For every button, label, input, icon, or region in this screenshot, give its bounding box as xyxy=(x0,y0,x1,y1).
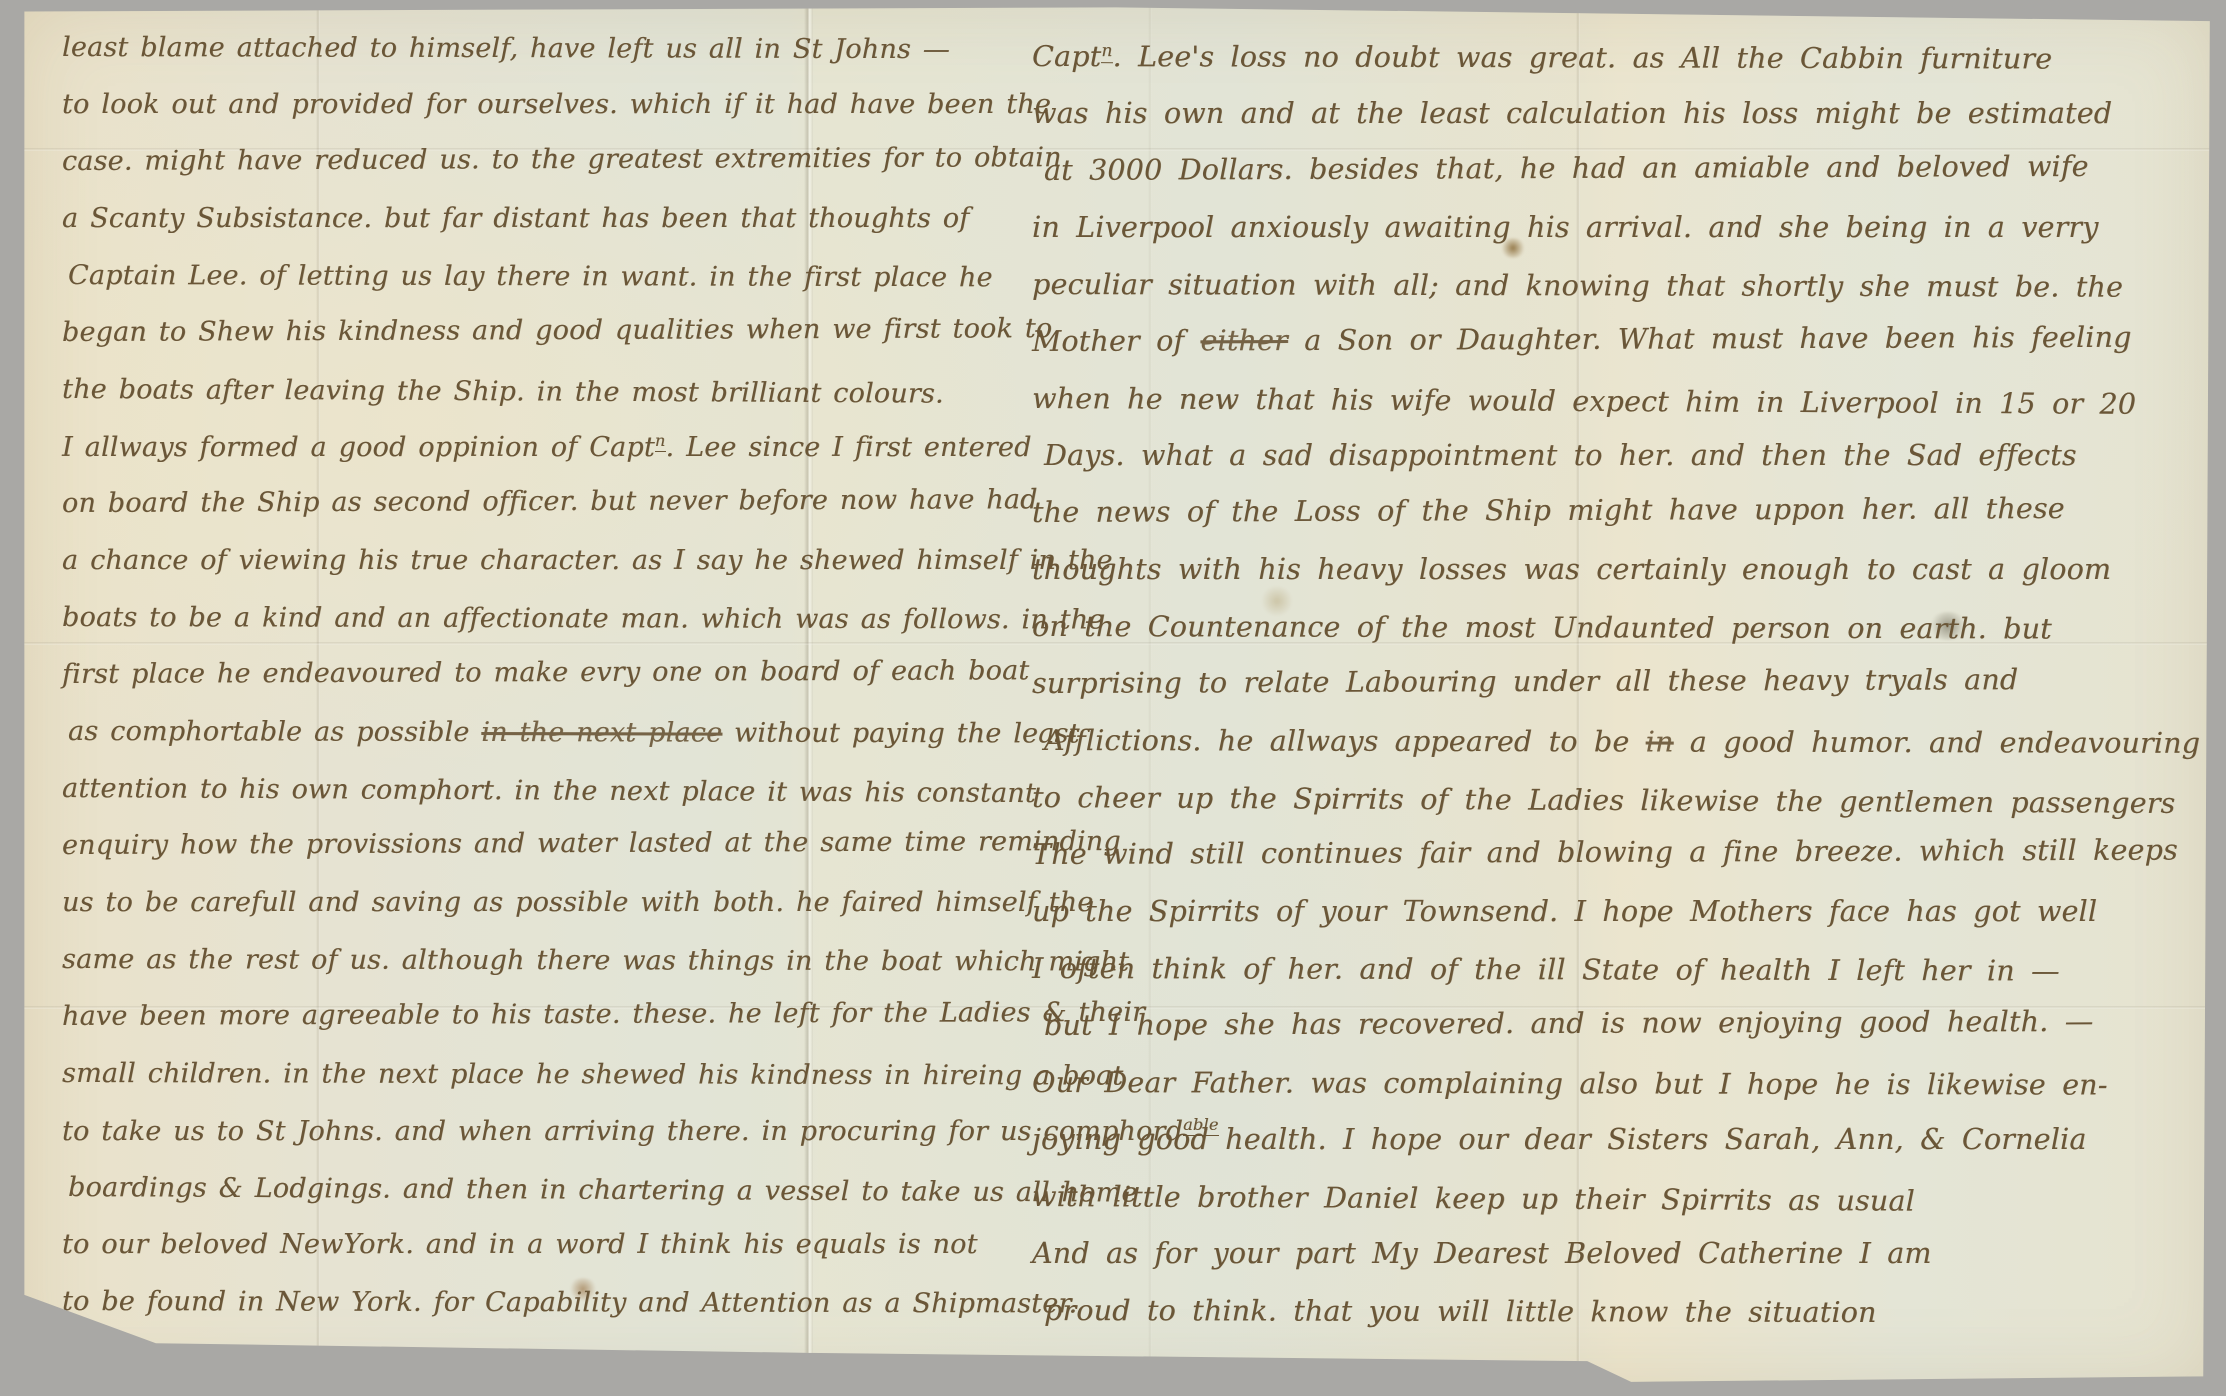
handwritten-text: small children. in the next place he she… xyxy=(62,1058,1123,1092)
letter-line: peculiar situation with all; and knowing… xyxy=(1032,268,2226,328)
handwritten-text: least blame attached to himself, have le… xyxy=(62,32,950,65)
handwritten-text: Mother of xyxy=(1032,324,1201,358)
handwritten-text: thoughts with his heavy losses was certa… xyxy=(1032,553,2111,586)
letter-line: to take us to St Johns. and when arrivin… xyxy=(62,1115,1024,1172)
handwritten-text: on the Countenance of the most Undaunted… xyxy=(1032,610,2052,645)
handwritten-text: I often think of her. and of the ill Sta… xyxy=(1032,952,2060,988)
handwritten-text: . Lee's loss no doubt was great. as All … xyxy=(1113,40,2053,75)
letter-line: was his own and at the least calculation… xyxy=(1032,97,2226,154)
letter-line: surprising to relate Labouring under all… xyxy=(1032,662,2226,724)
letter-line: least blame attached to himself, have le… xyxy=(62,32,1024,91)
letter-line: with little brother Daniel keep up their… xyxy=(1032,1180,2226,1243)
handwritten-text: in Liverpool anxiously awaiting his arri… xyxy=(1032,211,2099,244)
handwritten-text: first place he endeavoured to make evry … xyxy=(62,655,1030,690)
letter-line: a chance of viewing his true character. … xyxy=(62,545,1024,602)
handwritten-text: the boats after leaving the Ship. in the… xyxy=(62,374,944,410)
handwritten-text: proud to think. that you will little kno… xyxy=(1044,1294,1877,1329)
letter-line: Mother of either a Son or Daughter. What… xyxy=(1032,320,2226,382)
handwritten-text: to look out and provided for ourselves. … xyxy=(62,89,1051,120)
letter-line: on board the Ship as second officer. but… xyxy=(62,484,1024,545)
handwritten-text: boats to be a kind and an affectionate m… xyxy=(62,602,1105,636)
letter-line: case. might have reduced us. to the grea… xyxy=(62,142,1024,203)
letter-line: us to be carefull and saving as possible… xyxy=(62,887,1024,944)
handwritten-text: a Son or Daughter. What must have been h… xyxy=(1288,321,2132,357)
letter-line: began to Shew his kindness and good qual… xyxy=(62,313,1024,374)
letter-line: at 3000 Dollars. besides that, he had an… xyxy=(1032,149,2226,211)
handwritten-text: without paying the least xyxy=(722,718,1079,750)
handwritten-text: joying good health. I hope our dear Sist… xyxy=(1032,1123,2087,1156)
letter-line: proud to think. that you will little kno… xyxy=(1032,1294,2226,1354)
letter-line: joying good health. I hope our dear Sist… xyxy=(1032,1123,2226,1180)
letter-line: when he new that his wife would expect h… xyxy=(1032,382,2226,445)
handwritten-text: but I hope she has recovered. and is now… xyxy=(1044,1005,2094,1042)
letter-line: first place he endeavoured to make evry … xyxy=(62,655,1024,716)
letter-line: on the Countenance of the most Undaunted… xyxy=(1032,610,2226,670)
handwritten-text: have been more agreeable to his taste. t… xyxy=(62,997,1145,1032)
letter-line: Our Dear Father. was complaining also bu… xyxy=(1032,1066,2226,1126)
letter-line: but I hope she has recovered. and is now… xyxy=(1032,1004,2226,1066)
letter-page-right: Captn. Lee's loss no doubt was great. as… xyxy=(1032,40,2226,1351)
handwritten-text: to cheer up the Spirrits of the Ladies l… xyxy=(1032,781,2176,820)
handwritten-text: Days. what a sad disappointment to her. … xyxy=(1044,439,2077,472)
handwritten-text: to take us to St Johns. and when arrivin… xyxy=(62,1116,1183,1147)
letter-line: a Scanty Subsistance. but far distant ha… xyxy=(62,203,1024,260)
handwritten-text: And as for your part My Dearest Beloved … xyxy=(1032,1237,1932,1270)
handwritten-text: us to be carefull and saving as possible… xyxy=(62,887,1093,918)
letter-line: same as the rest of us. although there w… xyxy=(62,944,1024,1003)
handwritten-text: peculiar situation with all; and knowing… xyxy=(1032,268,2123,304)
handwritten-text: . Lee since I first entered xyxy=(666,432,1032,463)
handwritten-text: the news of the Loss of the Ship might h… xyxy=(1032,492,2065,529)
superscript-text: n xyxy=(1101,41,1112,63)
letter-sheet: least blame attached to himself, have le… xyxy=(20,6,2212,1386)
handwritten-text: a Scanty Subsistance. but far distant ha… xyxy=(62,203,969,234)
letter-line: have been more agreeable to his taste. t… xyxy=(62,997,1024,1058)
handwritten-text: as comphortable as possible xyxy=(68,716,481,748)
handwritten-text: Captain Lee. of letting us lay there in … xyxy=(68,260,993,293)
handwritten-text: Afflictions. he allways appeared to be xyxy=(1044,724,1646,758)
handwritten-text: with little brother Daniel keep up their… xyxy=(1032,1180,1915,1218)
letter-line: attention to his own comphort. in the ne… xyxy=(62,773,1024,835)
letter-line: boats to be a kind and an affectionate m… xyxy=(62,602,1024,661)
letter-line: The wind still continues fair and blowin… xyxy=(1032,833,2226,895)
letter-line: Days. what a sad disappointment to her. … xyxy=(1032,439,2226,496)
letter-line: small children. in the next place he she… xyxy=(62,1058,1024,1117)
photo-of-letter: least blame attached to himself, have le… xyxy=(0,0,2226,1396)
handwritten-text: Our Dear Father. was complaining also bu… xyxy=(1032,1066,2108,1102)
struck-out-text: in the next place xyxy=(481,717,722,749)
handwritten-text: Capt xyxy=(1032,40,1101,73)
struck-out-text: in xyxy=(1646,725,1674,758)
handwritten-text: up the Spirrits of your Townsend. I hope… xyxy=(1032,895,2097,928)
letter-line: up the Spirrits of your Townsend. I hope… xyxy=(1032,895,2226,952)
letter-line: Afflictions. he allways appeared to be i… xyxy=(1032,724,2226,784)
handwritten-text: to our beloved NewYork. and in a word I … xyxy=(62,1229,978,1260)
letter-line: in Liverpool anxiously awaiting his arri… xyxy=(1032,211,2226,268)
handwritten-text: a chance of viewing his true character. … xyxy=(62,545,1113,576)
handwritten-text: I allways formed a good oppinion of Capt xyxy=(62,432,655,463)
handwritten-text: boardings & Lodgings. and then in charte… xyxy=(68,1172,1138,1209)
letter-line: to our beloved NewYork. and in a word I … xyxy=(62,1229,1024,1286)
handwritten-text: when he new that his wife would expect h… xyxy=(1032,382,2136,421)
handwritten-text: attention to his own comphort. in the ne… xyxy=(62,773,1036,809)
handwritten-text: to be found in New York. for Capability … xyxy=(62,1286,1077,1319)
letter-line: as comphortable as possible in the next … xyxy=(62,716,1024,775)
handwritten-text: was his own and at the least calculation… xyxy=(1032,97,2112,130)
handwritten-text: a good humor. and endeavouring xyxy=(1674,726,2201,760)
letter-line: And as for your part My Dearest Beloved … xyxy=(1032,1237,2226,1294)
letter-line: I often think of her. and of the ill Sta… xyxy=(1032,952,2226,1012)
handwritten-text: on board the Ship as second officer. but… xyxy=(62,484,1038,519)
struck-out-text: either xyxy=(1200,324,1288,357)
letter-line: boardings & Lodgings. and then in charte… xyxy=(62,1172,1024,1234)
letter-line: enquiry how the provissions and water la… xyxy=(62,826,1024,887)
handwritten-text: surprising to relate Labouring under all… xyxy=(1032,663,2018,700)
letter-page-left: least blame attached to himself, have le… xyxy=(62,32,1024,1343)
letter-line: I allways formed a good oppinion of Capt… xyxy=(62,431,1024,488)
letter-line: to be found in New York. for Capability … xyxy=(62,1286,1024,1345)
handwritten-text: The wind still continues fair and blowin… xyxy=(1032,834,2178,871)
handwritten-text: same as the rest of us. although there w… xyxy=(62,944,1129,978)
letter-line: the boats after leaving the Ship. in the… xyxy=(62,374,1024,436)
letter-line: the news of the Loss of the Ship might h… xyxy=(1032,491,2226,553)
letter-line: to look out and provided for ourselves. … xyxy=(62,89,1024,146)
handwritten-text: case. might have reduced us. to the grea… xyxy=(62,142,1062,177)
letter-line: thoughts with his heavy losses was certa… xyxy=(1032,553,2226,610)
handwritten-text: at 3000 Dollars. besides that, he had an… xyxy=(1044,150,2089,187)
letter-line: Captain Lee. of letting us lay there in … xyxy=(62,260,1024,319)
letter-line: Captn. Lee's loss no doubt was great. as… xyxy=(1032,40,2226,100)
handwritten-text: began to Shew his kindness and good qual… xyxy=(62,313,1052,348)
handwritten-text: enquiry how the provissions and water la… xyxy=(62,826,1121,861)
